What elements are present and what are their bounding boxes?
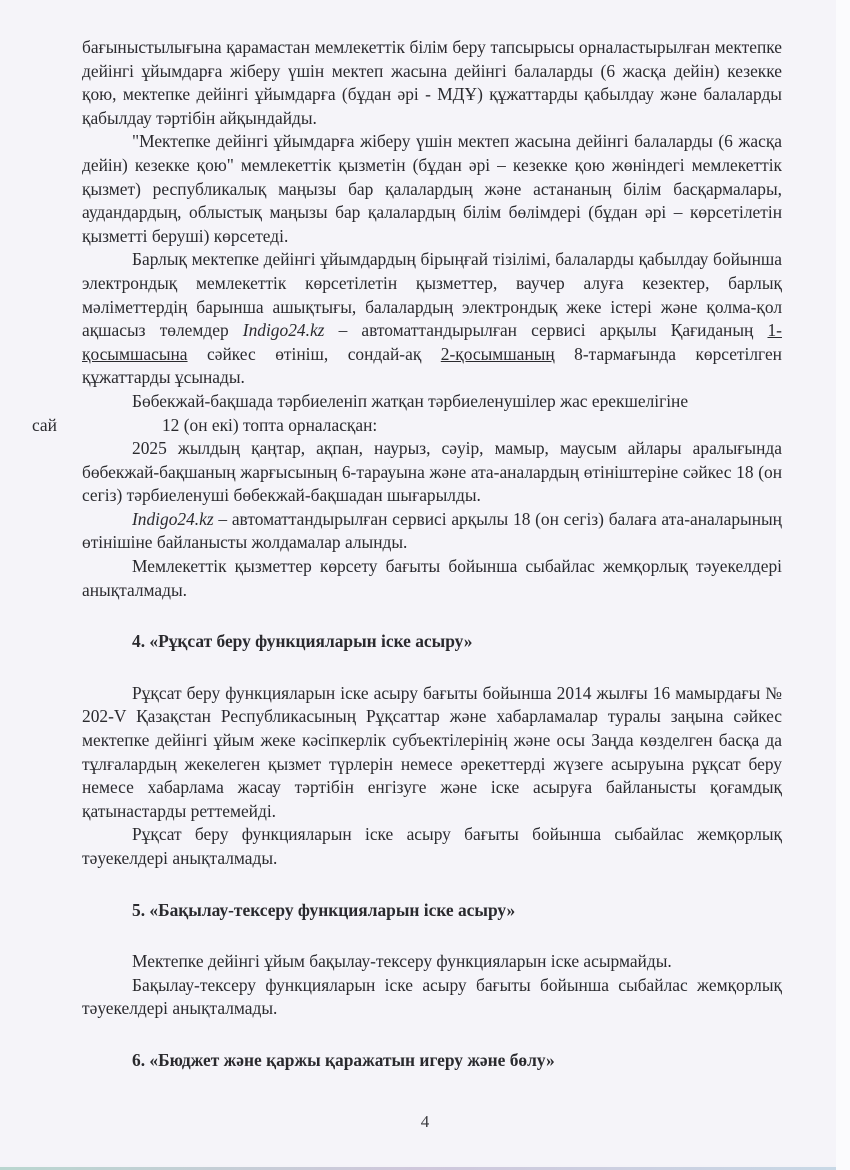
text-run: сай — [32, 415, 57, 435]
page-edge-right — [836, 0, 850, 1170]
text-run: – автоматтандырылған сервисі арқылы Қағи… — [324, 320, 767, 340]
section-heading-4: 4. «Рұқсат беру функцияларын іске асыру» — [82, 630, 782, 654]
link-appendix-2[interactable]: 2-қосымшаның — [441, 344, 555, 364]
paragraph-permits-risk: Рұқсат беру функцияларын іске асыру бағы… — [82, 823, 782, 870]
paragraph-groups: Бөбекжай-бақшада тәрбиеленіп жатқан тәрб… — [82, 390, 782, 437]
paragraph-permits: Рұқсат беру функцияларын іске асыру бағы… — [82, 682, 782, 824]
page-number: 4 — [0, 1112, 850, 1132]
paragraph-withdrawals: 2025 жылдың қаңтар, ақпан, наурыз, сәуір… — [82, 437, 782, 508]
section-heading-5: 5. «Бақылау-тексеру функцияларын іске ас… — [82, 899, 782, 923]
paragraph-indigo-registry: Барлық мектепке дейінгі ұйымдардың бірың… — [82, 248, 782, 390]
paragraph-referrals: Indigo24.kz – автоматтандырылған сервисі… — [82, 508, 782, 555]
section-heading-6: 6. «Бюджет және қаржы қаражатын игеру жә… — [82, 1049, 782, 1073]
paragraph-inspection: Мектепке дейінгі ұйым бақылау-тексеру фу… — [82, 950, 782, 974]
paragraph-inspection-risk: Бақылау-тексеру функцияларын іске асыру … — [82, 974, 782, 1021]
paragraph-continuation: бағыныстылығына қарамастан мемлекеттік б… — [82, 36, 782, 130]
paragraph-service-description: "Мектепке дейінгі ұйымдарға жіберу үшін … — [82, 130, 782, 248]
text-run: Бөбекжай-бақшада тәрбиеленіп жатқан тәрб… — [132, 391, 688, 411]
text-run: сәйкес өтініш, сондай-ақ — [188, 344, 441, 364]
paragraph-risk-conclusion: Мемлекеттік қызметтер көрсету бағыты бой… — [82, 555, 782, 602]
indigo-service-name: Indigo24.kz — [243, 320, 325, 340]
document-body: бағыныстылығына қарамастан мемлекеттік б… — [82, 36, 782, 1073]
indigo-service-name: Indigo24.kz — [132, 509, 214, 529]
text-run: 12 (он екі) топта орналасқан: — [162, 415, 377, 435]
